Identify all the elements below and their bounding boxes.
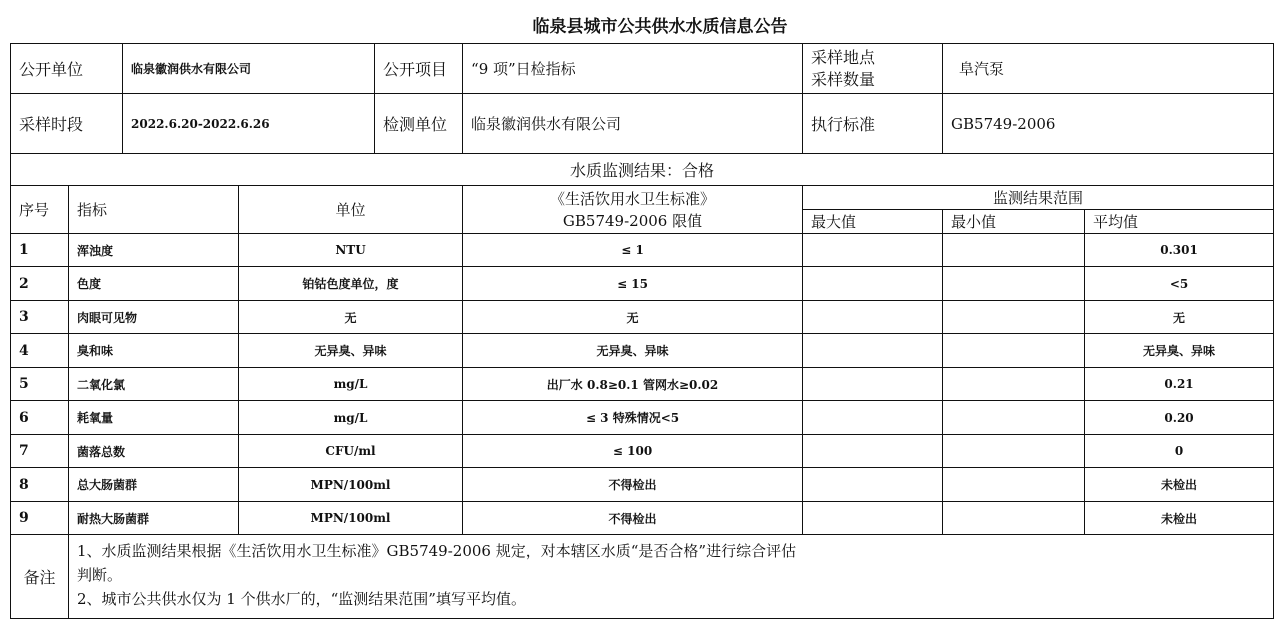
row-unit: NTU: [239, 234, 463, 267]
row-limit: 不得检出: [463, 468, 803, 502]
notes-content: 1、水质监测结果根据《生活饮用水卫生标准》GB5749-2006 规定，对本辖区…: [69, 535, 1274, 619]
item-label: 公开项目: [375, 44, 463, 94]
row-seq: 4: [11, 334, 69, 368]
row-avg: 0.301: [1085, 234, 1274, 267]
table-row: 6 耗氧量 mg/L ≤ 3 特殊情况<5 0.20: [11, 401, 1274, 435]
publisher-label: 公开单位: [11, 44, 123, 94]
header-unit: 单位: [239, 186, 463, 234]
row-limit: 无: [463, 301, 803, 334]
item-value: “9 项”日检指标: [463, 44, 803, 94]
header-max: 最大值: [803, 210, 943, 234]
tester-value: 临泉徽润供水有限公司: [463, 94, 803, 154]
info-row-1: 公开单位 临泉徽润供水有限公司 公开项目 “9 项”日检指标 采样地点 采样数量…: [11, 44, 1274, 94]
row-max: [803, 301, 943, 334]
row-limit: 不得检出: [463, 502, 803, 535]
row-max: [803, 502, 943, 535]
row-limit: 无异臭、异味: [463, 334, 803, 368]
row-limit: ≤ 1: [463, 234, 803, 267]
row-indicator: 肉眼可见物: [69, 301, 239, 334]
standard-value: GB5749-2006: [943, 94, 1274, 154]
row-seq: 1: [11, 234, 69, 267]
row-max: [803, 468, 943, 502]
row-max: [803, 368, 943, 401]
note-line-1b: 判断。: [77, 563, 1265, 587]
site-label: 采样地点 采样数量: [803, 44, 943, 94]
period-value: 2022.6.20-2022.6.26: [123, 94, 375, 154]
row-min: [943, 368, 1085, 401]
notes-label: 备注: [11, 535, 69, 619]
info-row-2: 采样时段 2022.6.20-2022.6.26 检测单位 临泉徽润供水有限公司…: [11, 94, 1274, 154]
row-indicator: 浑浊度: [69, 234, 239, 267]
header-indicator: 指标: [69, 186, 239, 234]
row-unit: MPN/100ml: [239, 502, 463, 535]
row-unit: 无: [239, 301, 463, 334]
row-unit: mg/L: [239, 401, 463, 435]
row-unit: mg/L: [239, 368, 463, 401]
result-banner: 水质监测结果：合格: [11, 154, 1274, 186]
row-indicator: 臭和味: [69, 334, 239, 368]
row-max: [803, 267, 943, 301]
row-min: [943, 234, 1085, 267]
header-limit-line2: GB5749-2006 限值: [471, 210, 794, 232]
row-limit: ≤ 100: [463, 435, 803, 468]
row-avg: 无异臭、异味: [1085, 334, 1274, 368]
row-avg: <5: [1085, 267, 1274, 301]
row-indicator: 菌落总数: [69, 435, 239, 468]
header-row-1: 序号 指标 单位 《生活饮用水卫生标准》 GB5749-2006 限值 监测结果…: [11, 186, 1274, 210]
row-min: [943, 435, 1085, 468]
row-max: [803, 435, 943, 468]
row-seq: 7: [11, 435, 69, 468]
row-indicator: 总大肠菌群: [69, 468, 239, 502]
header-range: 监测结果范围: [803, 186, 1274, 210]
row-avg: 0.20: [1085, 401, 1274, 435]
row-unit: CFU/ml: [239, 435, 463, 468]
table-row: 2 色度 铂钴色度单位，度 ≤ 15 <5: [11, 267, 1274, 301]
note-line-1: 1、水质监测结果根据《生活饮用水卫生标准》GB5749-2006 规定，对本辖区…: [77, 539, 1265, 563]
row-min: [943, 401, 1085, 435]
row-max: [803, 401, 943, 435]
row-min: [943, 334, 1085, 368]
table-row: 8 总大肠菌群 MPN/100ml 不得检出 未检出: [11, 468, 1274, 502]
row-seq: 5: [11, 368, 69, 401]
row-seq: 8: [11, 468, 69, 502]
row-seq: 9: [11, 502, 69, 535]
table-row: 1 浑浊度 NTU ≤ 1 0.301: [11, 234, 1274, 267]
header-avg: 平均值: [1085, 210, 1274, 234]
header-limit-line1: 《生活饮用水卫生标准》: [471, 188, 794, 210]
row-min: [943, 468, 1085, 502]
result-banner-row: 水质监测结果：合格: [11, 154, 1274, 186]
row-max: [803, 334, 943, 368]
row-seq: 6: [11, 401, 69, 435]
note-line-2: 2、城市公共供水仅为 1 个供水厂的，“监测结果范围”填写平均值。: [77, 587, 1265, 611]
table-row: 5 二氧化氯 mg/L 出厂水 0.8≥0.1 管网水≥0.02 0.21: [11, 368, 1274, 401]
row-avg: 未检出: [1085, 502, 1274, 535]
row-min: [943, 301, 1085, 334]
table-row: 4 臭和味 无异臭、异味 无异臭、异味 无异臭、异味: [11, 334, 1274, 368]
header-min: 最小值: [943, 210, 1085, 234]
water-quality-table: 公开单位 临泉徽润供水有限公司 公开项目 “9 项”日检指标 采样地点 采样数量…: [10, 43, 1274, 619]
row-unit: 铂钴色度单位，度: [239, 267, 463, 301]
row-avg: 0.21: [1085, 368, 1274, 401]
site-label-line2: 采样数量: [811, 69, 934, 91]
row-min: [943, 502, 1085, 535]
row-indicator: 耗氧量: [69, 401, 239, 435]
site-label-line1: 采样地点: [811, 47, 934, 69]
table-row: 9 耐热大肠菌群 MPN/100ml 不得检出 未检出: [11, 502, 1274, 535]
site-value: 阜汽泵: [943, 44, 1274, 94]
notes-row: 备注 1、水质监测结果根据《生活饮用水卫生标准》GB5749-2006 规定，对…: [11, 535, 1274, 619]
row-seq: 3: [11, 301, 69, 334]
row-indicator: 二氧化氯: [69, 368, 239, 401]
table-row: 3 肉眼可见物 无 无 无: [11, 301, 1274, 334]
row-unit: 无异臭、异味: [239, 334, 463, 368]
publisher-value: 临泉徽润供水有限公司: [123, 44, 375, 94]
row-limit: ≤ 3 特殊情况<5: [463, 401, 803, 435]
tester-label: 检测单位: [375, 94, 463, 154]
row-limit: 出厂水 0.8≥0.1 管网水≥0.02: [463, 368, 803, 401]
row-indicator: 色度: [69, 267, 239, 301]
row-limit: ≤ 15: [463, 267, 803, 301]
header-seq: 序号: [11, 186, 69, 234]
row-unit: MPN/100ml: [239, 468, 463, 502]
row-indicator: 耐热大肠菌群: [69, 502, 239, 535]
page-title: 临泉县城市公共供水水质信息公告: [0, 12, 1280, 37]
table-row: 7 菌落总数 CFU/ml ≤ 100 0: [11, 435, 1274, 468]
header-limit: 《生活饮用水卫生标准》 GB5749-2006 限值: [463, 186, 803, 234]
row-seq: 2: [11, 267, 69, 301]
row-avg: 未检出: [1085, 468, 1274, 502]
row-max: [803, 234, 943, 267]
period-label: 采样时段: [11, 94, 123, 154]
row-avg: 无: [1085, 301, 1274, 334]
standard-label: 执行标准: [803, 94, 943, 154]
row-avg: 0: [1085, 435, 1274, 468]
row-min: [943, 267, 1085, 301]
